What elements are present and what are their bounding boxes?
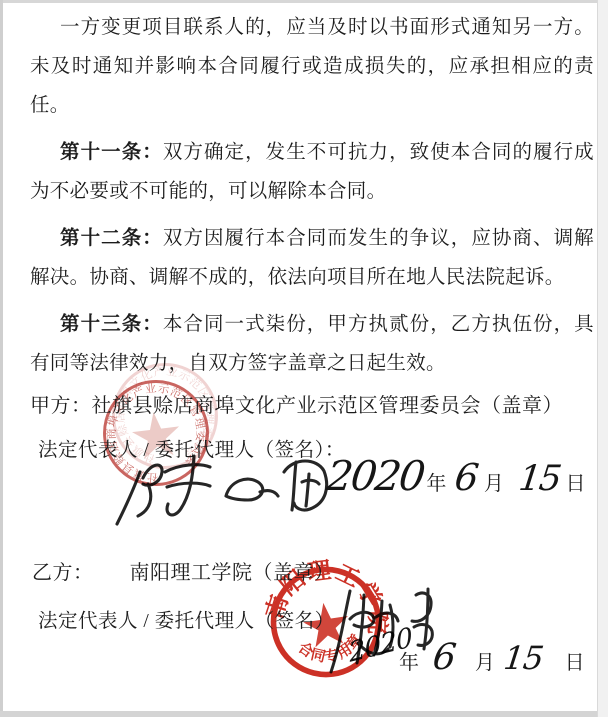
party-a-signature xyxy=(110,448,342,530)
party-b-day-handwritten: 15 xyxy=(502,639,545,677)
party-b-month-handwritten: 6 xyxy=(430,637,458,678)
clause-number: 第十一条： xyxy=(60,142,163,163)
clause-number: 第十二条： xyxy=(60,228,163,249)
party-a-day-handwritten: 15 xyxy=(516,459,561,499)
day-unit: 日 xyxy=(565,646,585,675)
month-unit: 月 xyxy=(475,646,495,675)
party-a-name: 社旗县赊店商埠文化产业示范区管理委员会（盖章） xyxy=(92,395,564,417)
day-unit: 日 xyxy=(565,467,585,496)
year-unit: 年 xyxy=(426,467,446,496)
party-b-label: 乙方： xyxy=(32,562,94,584)
party-b-date: 年 6 月 15 日 xyxy=(399,637,585,678)
party-a-label: 甲方： xyxy=(30,395,92,417)
scan-edge-top xyxy=(0,0,608,3)
clause-paragraph: 第十一条：双方确定，发生不可抗力，致使本合同的履行成为不必要或不可能的，可以解除… xyxy=(30,133,594,211)
clause-paragraph: 一方变更项目联系人的，应当及时以书面形式通知另一方。未及时通知并影响本合同履行或… xyxy=(30,8,594,125)
clause-paragraph: 第十二条：双方因履行本合同而发生的争议，应协商、调解解决。协商、调解不成的，依法… xyxy=(30,219,594,297)
party-b-line: 乙方：南阳理工学院（盖章） xyxy=(32,556,335,585)
scan-edge-right xyxy=(597,0,608,717)
party-a-date: 2020 年 6 月 15 日 xyxy=(327,452,585,500)
party-b-representative-line: 法定代表人 / 委托代理人（签名） xyxy=(38,605,335,633)
party-a-year-handwritten: 2020 xyxy=(324,452,426,500)
party-b-name: 南阳理工学院（盖章） xyxy=(130,562,335,584)
party-a-line: 甲方：社旗县赊店商埠文化产业示范区管理委员会（盖章） xyxy=(30,389,563,418)
month-unit: 月 xyxy=(484,467,504,496)
scan-edge-bottom xyxy=(0,711,608,717)
party-a-month-handwritten: 6 xyxy=(453,456,482,499)
scanned-contract-page: 一方变更项目联系人的，应当及时以书面形式通知另一方。未及时通知并影响本合同履行或… xyxy=(0,0,608,717)
clause-text: 一方变更项目联系人的，应当及时以书面形式通知另一方。未及时通知并影响本合同履行或… xyxy=(30,17,594,116)
scan-edge-left xyxy=(0,0,3,717)
